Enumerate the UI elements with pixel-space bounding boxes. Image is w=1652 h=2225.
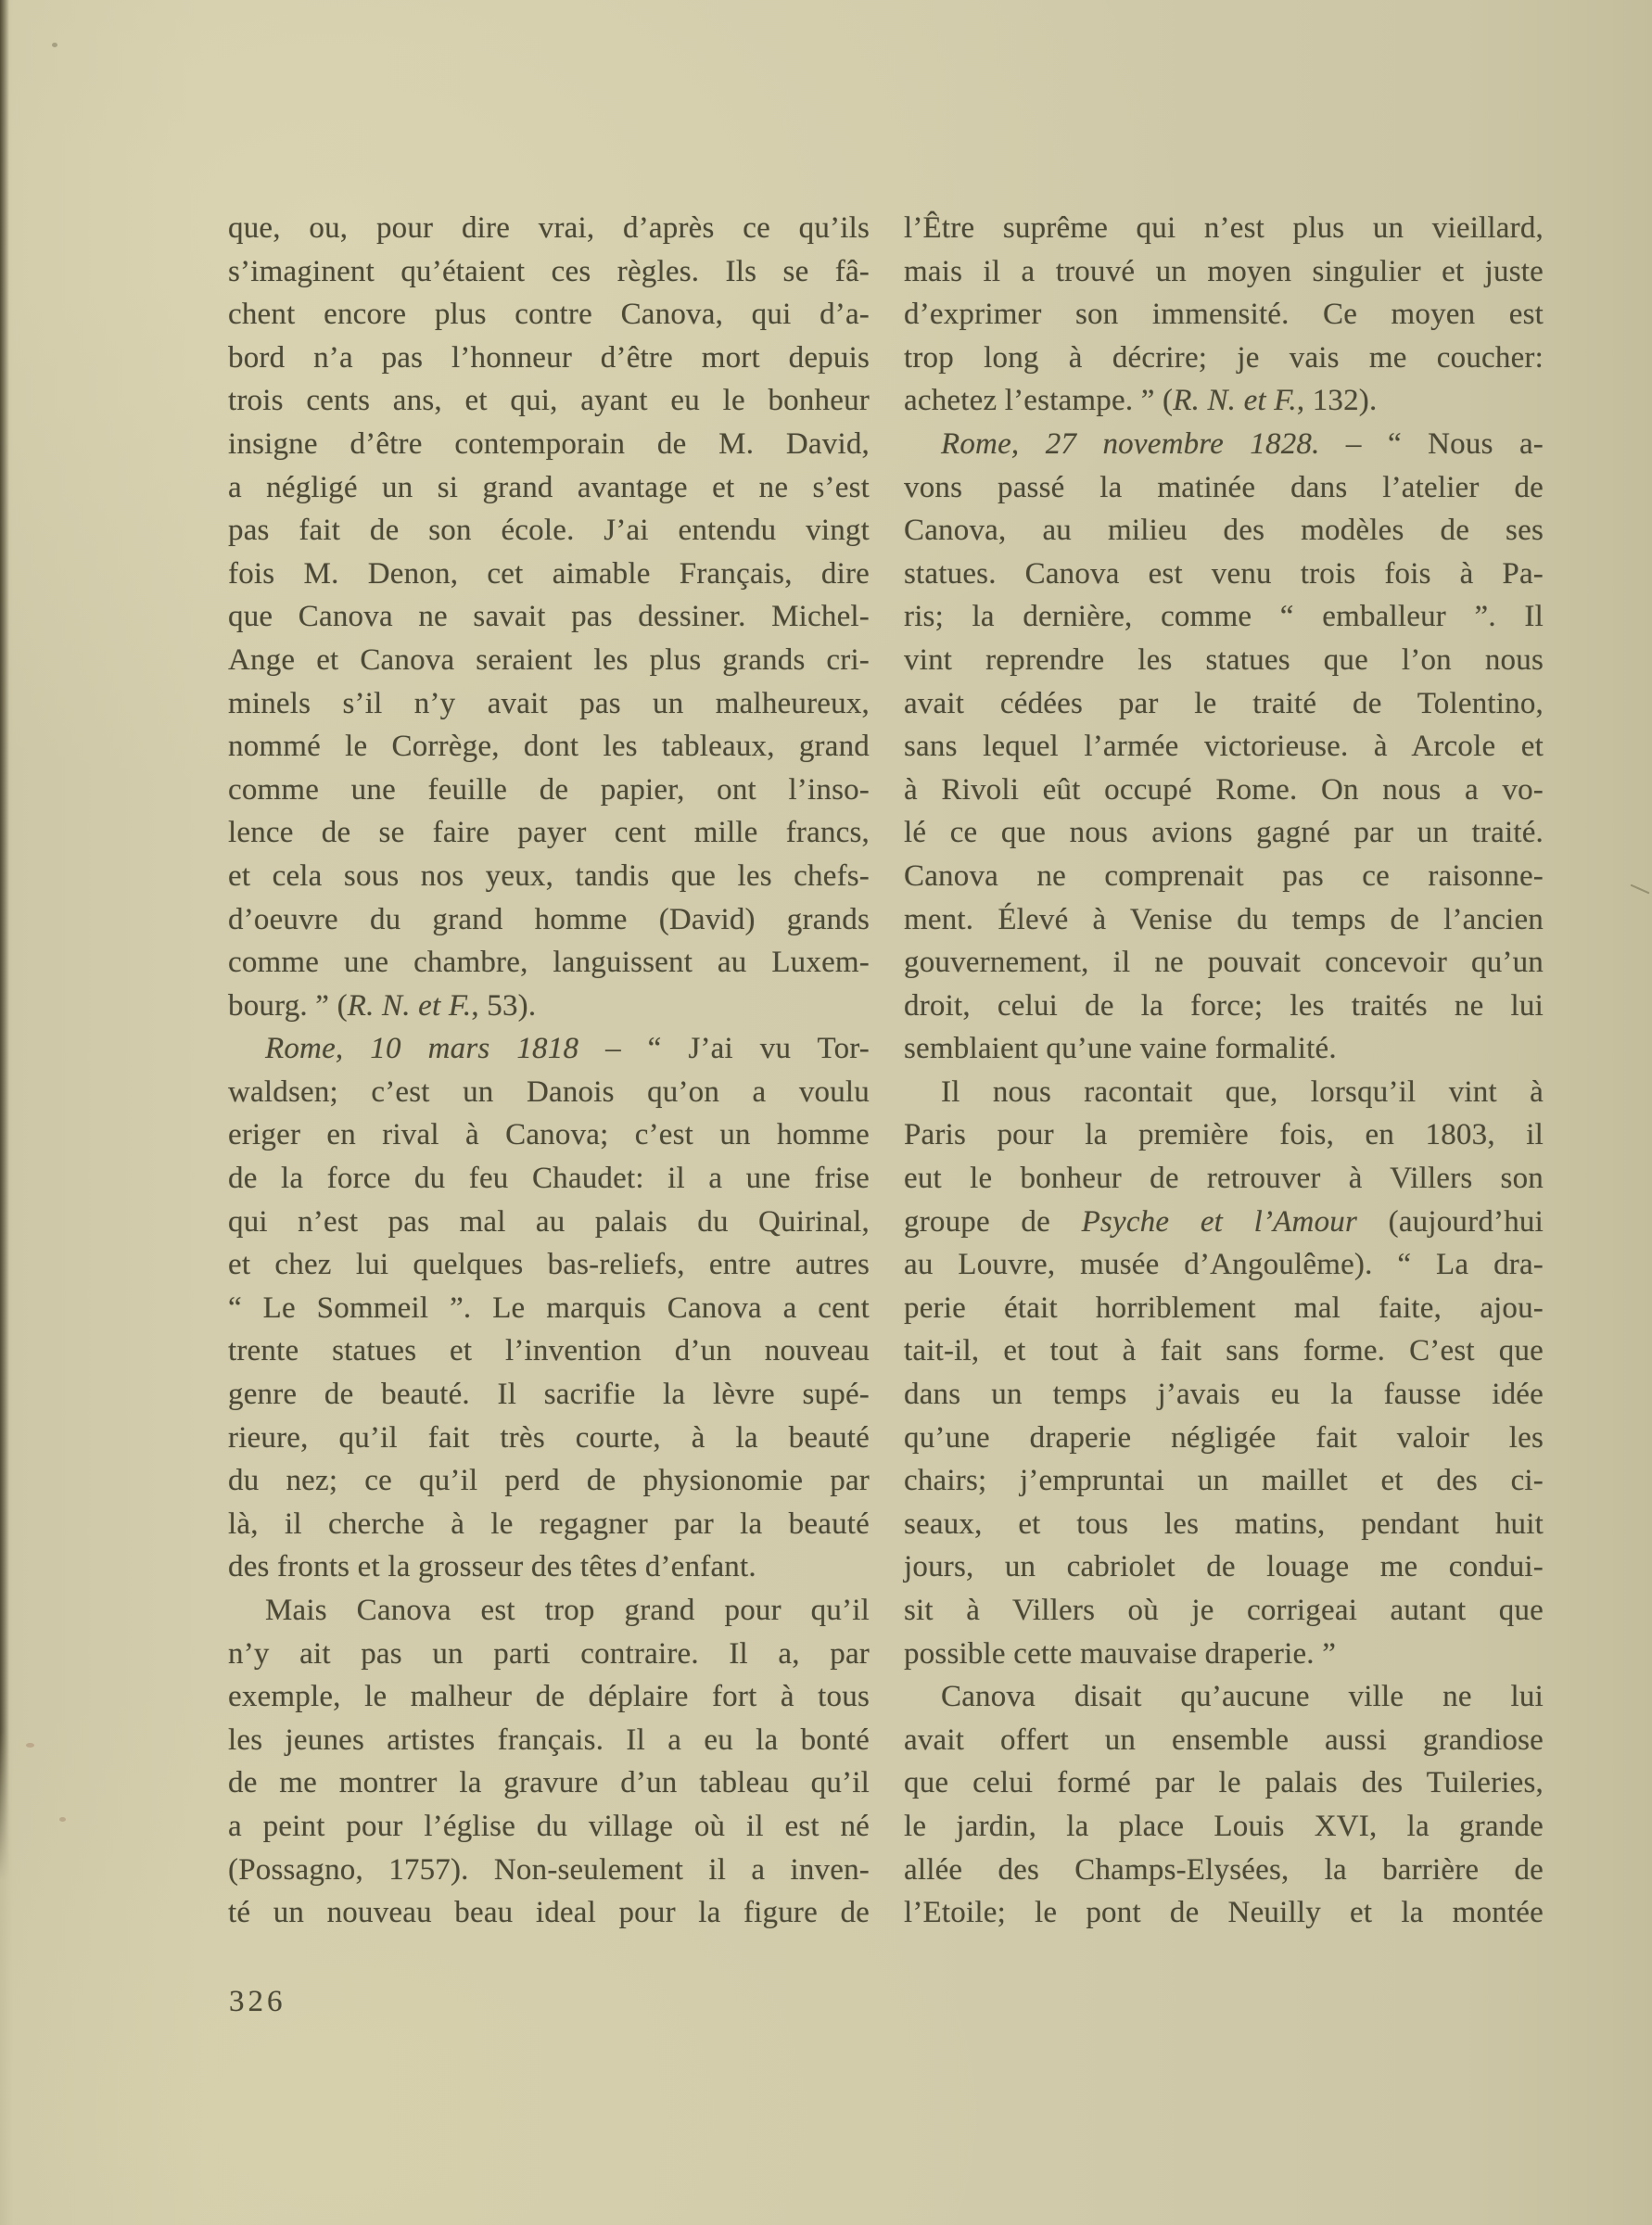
text-line: de la force du feu Chaudet: il a une fri…: [228, 1157, 870, 1201]
page-number: 326: [229, 1980, 286, 2023]
text-line: s’imaginent qu’étaient ces règles. Ils s…: [228, 250, 870, 294]
text-line: que, ou, pour dire vrai, d’après ce qu’i…: [228, 207, 870, 250]
text-line: ment. Élevé à Venise du temps de l’ancie…: [904, 898, 1544, 942]
text-line: du nez; ce qu’il perd de physionomie par: [228, 1459, 870, 1503]
text-line: tait-il, et tout à fait sans forme. C’es…: [904, 1329, 1544, 1373]
text-line: vons passé la matinée dans l’atelier de: [904, 466, 1544, 510]
text-line: là, il cherche à le regagner par la beau…: [228, 1503, 870, 1546]
text-line: rieure, qu’il fait très courte, à la bea…: [228, 1417, 870, 1460]
text-line: Mais Canova est trop grand pour qu’il: [228, 1589, 870, 1633]
text-line: nommé le Corrège, dont les tableaux, gra…: [228, 725, 870, 769]
text-line: de me montrer la gravure d’un tableau qu…: [228, 1761, 870, 1805]
text-line: allée des Champs-Elysées, la barrière de: [904, 1849, 1544, 1892]
right-column: l’Être suprême qui n’est plus un vieilla…: [904, 207, 1544, 1935]
text-line: fois M. Denon, cet aimable Français, dir…: [228, 553, 870, 596]
text-line: té un nouveau beau ideal pour la figure …: [228, 1891, 870, 1935]
text-line: les jeunes artistes français. Il a eu la…: [228, 1719, 870, 1762]
text-line: perie était horriblement mal faite, ajou…: [904, 1287, 1544, 1330]
paper-speck: [52, 43, 57, 47]
text-line: dans un temps j’avais eu la fausse idée: [904, 1373, 1544, 1417]
text-line: des fronts et la grosseur des têtes d’en…: [228, 1545, 870, 1589]
italic-text: R. N. et F.: [1173, 384, 1297, 417]
text-line: que celui formé par le palais des Tuiler…: [904, 1761, 1544, 1805]
text-line: sit à Villers où je corrigeai autant que: [904, 1589, 1544, 1633]
text-line: Canova, au milieu des modèles de ses: [904, 509, 1544, 553]
text-line: trente statues et l’invention d’un nouve…: [228, 1329, 870, 1373]
text-line: bourg. ” (R. N. et F., 53).: [228, 985, 870, 1028]
text-line: eut le bonheur de retrouver à Villers so…: [904, 1157, 1544, 1201]
text-line: gouvernement, il ne pouvait concevoir qu…: [904, 941, 1544, 985]
text-line: “ Le Sommeil ”. Le marquis Canova a cent: [228, 1287, 870, 1330]
text-line: mais il a trouvé un moyen singulier et j…: [904, 250, 1544, 294]
text-line: d’exprimer son immensité. Ce moyen est: [904, 293, 1544, 337]
left-column: que, ou, pour dire vrai, d’après ce qu’i…: [228, 207, 870, 1935]
text-line: ris; la dernière, comme “ emballeur ”. I…: [904, 595, 1544, 639]
text-line: exemple, le malheur de déplaire fort à t…: [228, 1675, 870, 1719]
text-line: lence de se faire payer cent mille franc…: [228, 811, 870, 855]
text-line: insigne d’être contemporain de M. David,: [228, 423, 870, 466]
text-line: minels s’il n’y avait pas un malheureux,: [228, 682, 870, 726]
text-line: comme une chambre, languissent au Luxem-: [228, 941, 870, 985]
text-line: chairs; j’empruntai un maillet et des ci…: [904, 1459, 1544, 1503]
text-line: le jardin, la place Louis XVI, la grande: [904, 1805, 1544, 1849]
text-line: vint reprendre les statues que l’on nous: [904, 639, 1544, 682]
text-line: Rome, 27 novembre 1828. – “ Nous a-: [904, 423, 1544, 466]
paper-speck: [26, 1743, 34, 1748]
text-line: lé ce que nous avions gagné par un trait…: [904, 811, 1544, 855]
text-line: statues. Canova est venu trois fois à Pa…: [904, 553, 1544, 596]
text-line: d’oeuvre du grand homme (David) grands: [228, 898, 870, 942]
text-line: Rome, 10 mars 1818 – “ J’ai vu Tor-: [228, 1027, 870, 1071]
text-line: chent encore plus contre Canova, qui d’a…: [228, 293, 870, 337]
text-line: achetez l’estampe. ” (R. N. et F., 132).: [904, 379, 1544, 423]
text-line: pas fait de son école. J’ai entendu ving…: [228, 509, 870, 553]
text-line: sans lequel l’armée victorieuse. à Arcol…: [904, 725, 1544, 769]
book-page-scan: que, ou, pour dire vrai, d’après ce qu’i…: [0, 0, 1652, 2225]
italic-text: Psyche et l’Amour: [1082, 1205, 1357, 1239]
paper-scratch: [1631, 884, 1650, 895]
text-line: waldsen; c’est un Danois qu’on a voulu: [228, 1071, 870, 1114]
italic-text: Rome, 27 novembre 1828.: [941, 427, 1320, 461]
text-line: qui n’est pas mal au palais du Quirinal,: [228, 1201, 870, 1244]
text-line: groupe de Psyche et l’Amour (aujourd’hui: [904, 1201, 1544, 1244]
scan-edge-shadow: [0, 0, 9, 1880]
text-line: trop long à décrire; je vais me coucher:: [904, 337, 1544, 380]
text-line: possible cette mauvaise draperie. ”: [904, 1633, 1544, 1676]
text-line: Canova disait qu’aucune ville ne lui: [904, 1675, 1544, 1719]
text-line: que Canova ne savait pas dessiner. Miche…: [228, 595, 870, 639]
text-line: a peint pour l’église du village où il e…: [228, 1805, 870, 1849]
text-line: avait cédées par le traité de Tolentino,: [904, 682, 1544, 726]
text-line: trois cents ans, et qui, ayant eu le bon…: [228, 379, 870, 423]
text-line: avait offert un ensemble aussi grandiose: [904, 1719, 1544, 1762]
text-line: eriger en rival à Canova; c’est un homme: [228, 1113, 870, 1157]
text-line: et cela sous nos yeux, tandis que les ch…: [228, 855, 870, 898]
text-line: n’y ait pas un parti contraire. Il a, pa…: [228, 1633, 870, 1676]
text-line: l’Etoile; le pont de Neuilly et la monté…: [904, 1891, 1544, 1935]
italic-text: R. N. et F.: [348, 989, 472, 1023]
text-line: qu’une draperie négligée fait valoir les: [904, 1417, 1544, 1460]
text-line: bord n’a pas l’honneur d’être mort depui…: [228, 337, 870, 380]
text-line: au Louvre, musée d’Angoulême). “ La dra-: [904, 1243, 1544, 1287]
text-line: genre de beauté. Il sacrifie la lèvre su…: [228, 1373, 870, 1417]
text-line: à Rivoli eût occupé Rome. On nous a vo-: [904, 769, 1544, 812]
text-line: et chez lui quelques bas-reliefs, entre …: [228, 1243, 870, 1287]
text-line: (Possagno, 1757). Non-seulement il a inv…: [228, 1849, 870, 1892]
text-line: a négligé un si grand avantage et ne s’e…: [228, 466, 870, 510]
text-line: jours, un cabriolet de louage me condui-: [904, 1545, 1544, 1589]
text-line: l’Être suprême qui n’est plus un vieilla…: [904, 207, 1544, 250]
text-line: Il nous racontait que, lorsqu’il vint à: [904, 1071, 1544, 1114]
paper-speck: [59, 1817, 66, 1822]
text-line: semblaient qu’une vaine formalité.: [904, 1027, 1544, 1071]
text-line: Paris pour la première fois, en 1803, il: [904, 1113, 1544, 1157]
text-line: Canova ne comprenait pas ce raisonne-: [904, 855, 1544, 898]
text-line: Ange et Canova seraient les plus grands …: [228, 639, 870, 682]
text-line: comme une feuille de papier, ont l’inso-: [228, 769, 870, 812]
italic-text: Rome, 10 mars 1818: [265, 1032, 578, 1065]
text-line: seaux, et tous les matins, pendant huit: [904, 1503, 1544, 1546]
text-line: droit, celui de la force; les traités ne…: [904, 985, 1544, 1028]
